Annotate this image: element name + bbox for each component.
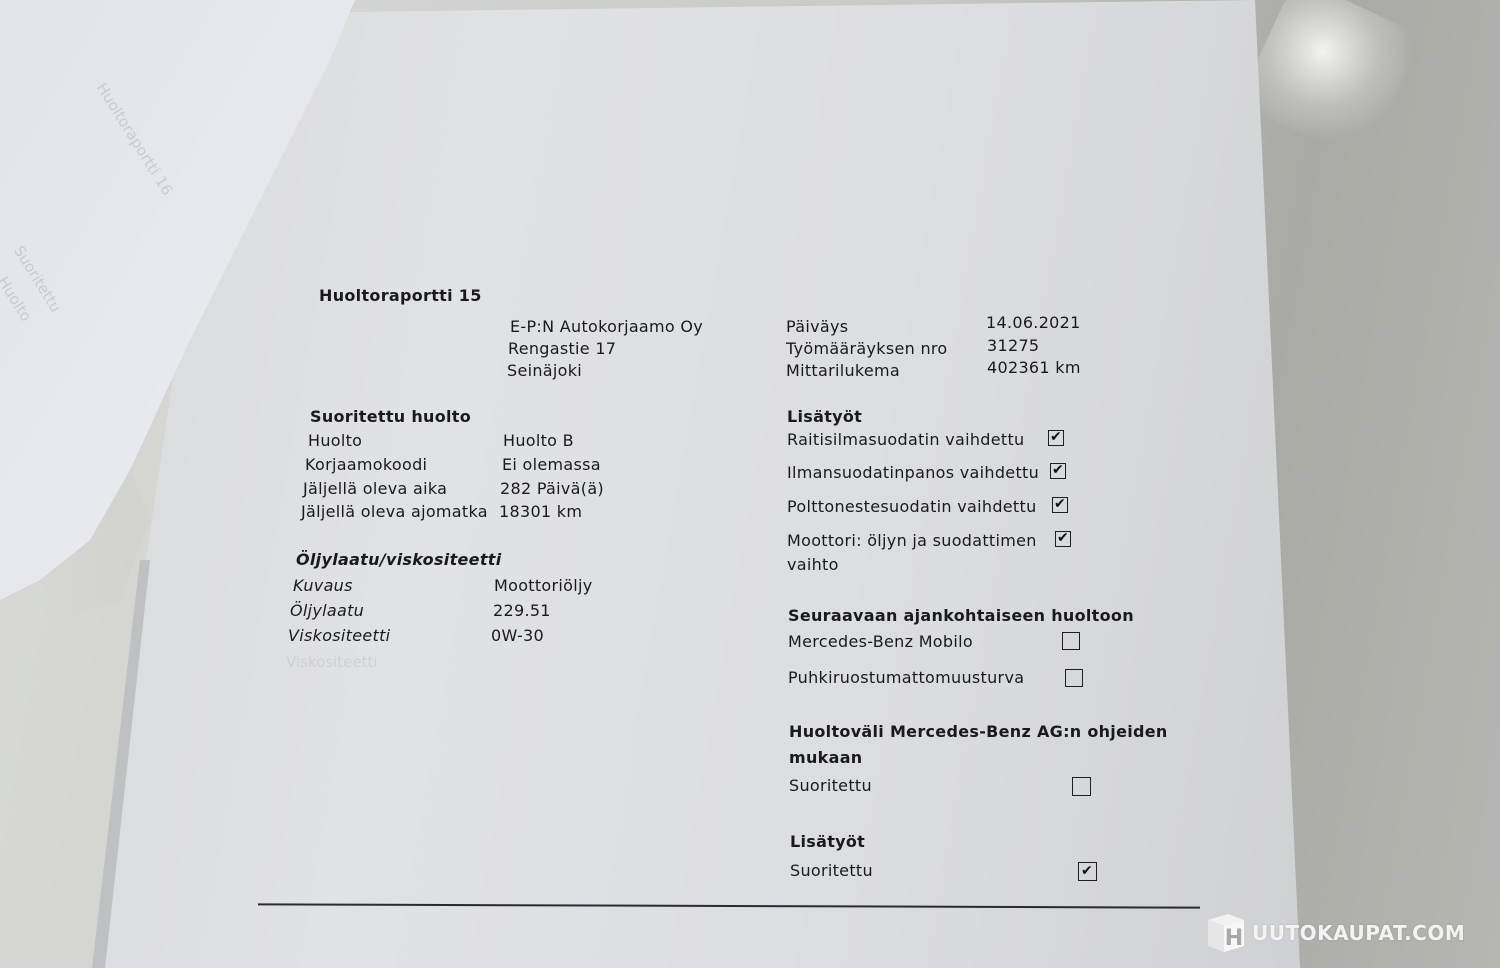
workshop-city: Seinäjoki	[507, 361, 582, 380]
extra-work-checkbox[interactable]: ✔	[1048, 430, 1064, 446]
info-label-order: Työmääräyksen nro	[786, 339, 948, 358]
next-service-checkbox[interactable]	[1065, 669, 1083, 687]
info-value-order: 31275	[987, 336, 1039, 355]
info-value-date: 14.06.2021	[986, 313, 1081, 332]
service-value: 282 Päivä(ä)	[500, 479, 604, 498]
extra-work-2-heading: Lisätyöt	[790, 832, 865, 851]
extra-work-label: Polttonestesuodatin vaihdettu	[787, 497, 1037, 516]
next-service-label: Mercedes-Benz Mobilo	[788, 632, 973, 651]
logo-letter: H	[1225, 926, 1243, 951]
oil-value: 0W-30	[491, 626, 544, 645]
oil-label: Kuvaus	[293, 576, 353, 595]
service-heading: Suoritettu huolto	[310, 407, 471, 426]
service-value: 18301 km	[499, 502, 582, 521]
footer-rule	[258, 903, 1200, 908]
service-value: Huolto B	[503, 431, 574, 450]
extra-work-2-checkbox[interactable]: ✔	[1078, 862, 1097, 881]
info-value-odometer: 402361 km	[987, 358, 1081, 377]
oil-heading: Öljylaatu/viskositeetti	[296, 550, 502, 569]
service-label: Korjaamokoodi	[305, 455, 427, 474]
next-service-label: Puhkiruostumattomuusturva	[788, 668, 1024, 687]
checkmark-icon: ✔	[1054, 494, 1066, 514]
checkmark-icon: ✔	[1050, 427, 1062, 447]
service-label: Jäljellä oleva ajomatka	[301, 502, 488, 521]
oil-value: Moottoriöljy	[494, 576, 593, 595]
extra-work-label: Ilmansuodatinpanos vaihdettu	[787, 463, 1039, 482]
service-value: Ei olemassa	[502, 455, 601, 474]
interval-heading: Huoltoväli Mercedes-Benz AG:n ohjeiden	[789, 722, 1168, 741]
oil-value: 229.51	[493, 601, 551, 620]
interval-checkbox[interactable]	[1072, 777, 1091, 796]
extra-work-2-label: Suoritettu	[790, 861, 873, 880]
interval-label: Suoritettu	[789, 776, 872, 795]
watermark: H UUTOKAUPAT.COM	[1206, 912, 1465, 954]
extra-work-checkbox[interactable]: ✔	[1052, 497, 1068, 513]
info-label-odometer: Mittarilukema	[786, 361, 900, 380]
next-service-checkbox[interactable]	[1062, 632, 1080, 650]
report-title: Huoltoraportti 15	[319, 286, 482, 305]
info-label-date: Päiväys	[786, 317, 848, 336]
next-service-heading: Seuraavaan ajankohtaiseen huoltoon	[788, 606, 1134, 625]
extra-work-heading: Lisätyöt	[787, 407, 862, 426]
workshop-street: Rengastie 17	[508, 339, 616, 358]
extra-work-label-cont: vaihto	[787, 555, 839, 574]
extra-work-label: Moottori: öljyn ja suodattimen	[787, 531, 1037, 550]
extra-work-label: Raitisilmasuodatin vaihdettu	[787, 430, 1024, 449]
extra-work-checkbox[interactable]: ✔	[1050, 463, 1066, 479]
watermark-text: UUTOKAUPAT.COM	[1252, 921, 1465, 945]
workshop-name: E-P:N Autokorjaamo Oy	[510, 317, 703, 336]
checkmark-icon: ✔	[1057, 528, 1069, 548]
oil-label: Viskositeetti	[288, 626, 390, 645]
service-label: Huolto	[308, 431, 362, 450]
oil-label: Öljylaatu	[290, 601, 364, 620]
cube-logo-icon: H	[1206, 912, 1246, 954]
interval-heading-cont: mukaan	[789, 748, 863, 767]
extra-work-checkbox[interactable]: ✔	[1055, 531, 1071, 547]
checkmark-icon: ✔	[1052, 460, 1064, 480]
checkmark-icon: ✔	[1081, 861, 1093, 881]
show-through-text: Viskositeetti	[286, 653, 378, 671]
service-label: Jäljellä oleva aika	[303, 479, 447, 498]
service-report: Huoltoraportti 15 E-P:N Autokorjaamo Oy …	[0, 0, 1500, 968]
